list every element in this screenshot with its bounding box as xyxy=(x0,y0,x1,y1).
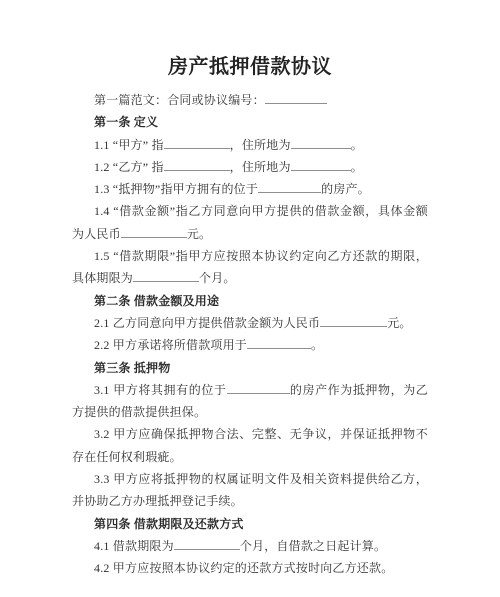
paragraph: 1.2 “乙方” 指，住所地为。 xyxy=(72,156,428,178)
text-segment: 个月。 xyxy=(199,271,236,285)
text-segment: 第三条 抵押物 xyxy=(94,361,170,375)
paragraph: 3.2 甲方应确保抵押物合法、完整、无争议，并保证抵押物不存在任何权利瑕疵。 xyxy=(72,423,428,468)
text-segment: 。 xyxy=(351,138,363,152)
text-segment: 3.2 甲方应确保抵押物合法、完整、无争议，并保证抵押物不存在任何权利瑕疵。 xyxy=(72,427,428,463)
text-segment: ，住所地为 xyxy=(230,160,291,174)
blank-field xyxy=(265,93,327,104)
paragraph: 1.3 “抵押物”指甲方拥有的位于的房产。 xyxy=(72,178,428,200)
blank-field xyxy=(258,182,321,193)
text-segment: 个月，自借款之日起计算。 xyxy=(240,539,386,553)
text-segment: 。 xyxy=(351,160,363,174)
document-page: 房产抵押借款协议 第一篇范文：合同或协议编号：第一条 定义1.1 “甲方” 指，… xyxy=(0,0,500,597)
section-heading: 第二条 借款金额及用途 xyxy=(72,290,428,312)
text-segment: 4.1 借款期限为 xyxy=(94,539,174,553)
paragraph: 4.1 借款期限为个月，自借款之日起计算。 xyxy=(72,535,428,557)
paragraph: 3.1 甲方将其拥有的位于的房产作为抵押物，为乙方提供的借款提供担保。 xyxy=(72,379,428,424)
blank-field xyxy=(121,227,187,238)
section-heading: 第一条 定义 xyxy=(72,111,428,133)
blank-field xyxy=(133,271,199,282)
text-segment: 3.3 甲方应将抵押物的权属证明文件及相关资料提供给乙方，并协助乙方办理抵押登记… xyxy=(72,472,428,508)
text-segment: 的房产。 xyxy=(321,182,370,196)
text-segment: 第一篇范文：合同或协议编号： xyxy=(94,93,265,107)
section-heading: 第四条 借款期限及还款方式 xyxy=(72,513,428,535)
blank-field xyxy=(164,138,230,149)
text-segment: 元。 xyxy=(387,316,411,330)
blank-field xyxy=(227,383,290,394)
paragraph: 1.4 “借款金额”指乙方同意向甲方提供的借款金额，具体金额为人民币元。 xyxy=(72,200,428,245)
document-body: 第一篇范文：合同或协议编号：第一条 定义1.1 “甲方” 指，住所地为。1.2 … xyxy=(72,89,428,580)
paragraph: 2.2 甲方承诺将所借款项用于。 xyxy=(72,334,428,356)
text-segment: 1.3 “抵押物”指甲方拥有的位于 xyxy=(94,182,258,196)
text-segment: 4.2 甲方应按照本协议约定的还款方式按时向乙方还款。 xyxy=(94,561,393,575)
text-segment: 元。 xyxy=(187,227,211,241)
paragraph: 4.2 甲方应按照本协议约定的还款方式按时向乙方还款。 xyxy=(72,557,428,579)
text-segment: 3.1 甲方将其拥有的位于 xyxy=(94,383,227,397)
paragraph: 1.5 “借款期限”指甲方应按照本协议约定向乙方还款的期限，具体期限为个月。 xyxy=(72,245,428,290)
text-segment: 1.5 “借款期限”指甲方应按照本协议约定向乙方还款的期限，具体期限为 xyxy=(72,249,428,285)
paragraph: 1.1 “甲方” 指，住所地为。 xyxy=(72,134,428,156)
blank-field xyxy=(320,316,387,327)
text-segment: 1.1 “甲方” 指 xyxy=(94,138,164,152)
text-segment: 第二条 借款金额及用途 xyxy=(94,294,219,308)
blank-field xyxy=(174,539,240,550)
section-heading: 第三条 抵押物 xyxy=(72,357,428,379)
document-title: 房产抵押借款协议 xyxy=(72,52,428,82)
paragraph: 第一篇范文：合同或协议编号： xyxy=(72,89,428,111)
text-segment: 。 xyxy=(311,338,323,352)
text-segment: 2.1 乙方同意向甲方提供借款金额为人民币 xyxy=(94,316,320,330)
blank-field xyxy=(247,338,311,349)
paragraph: 2.1 乙方同意向甲方提供借款金额为人民币元。 xyxy=(72,312,428,334)
blank-field xyxy=(164,160,230,171)
blank-field xyxy=(291,138,351,149)
text-segment: 第一条 定义 xyxy=(94,115,158,129)
blank-field xyxy=(291,160,351,171)
paragraph: 3.3 甲方应将抵押物的权属证明文件及相关资料提供给乙方，并协助乙方办理抵押登记… xyxy=(72,468,428,513)
text-segment: 第四条 借款期限及还款方式 xyxy=(94,517,244,531)
text-segment: 2.2 甲方承诺将所借款项用于 xyxy=(94,338,247,352)
text-segment: ，住所地为 xyxy=(230,138,291,152)
text-segment: 1.2 “乙方” 指 xyxy=(94,160,164,174)
